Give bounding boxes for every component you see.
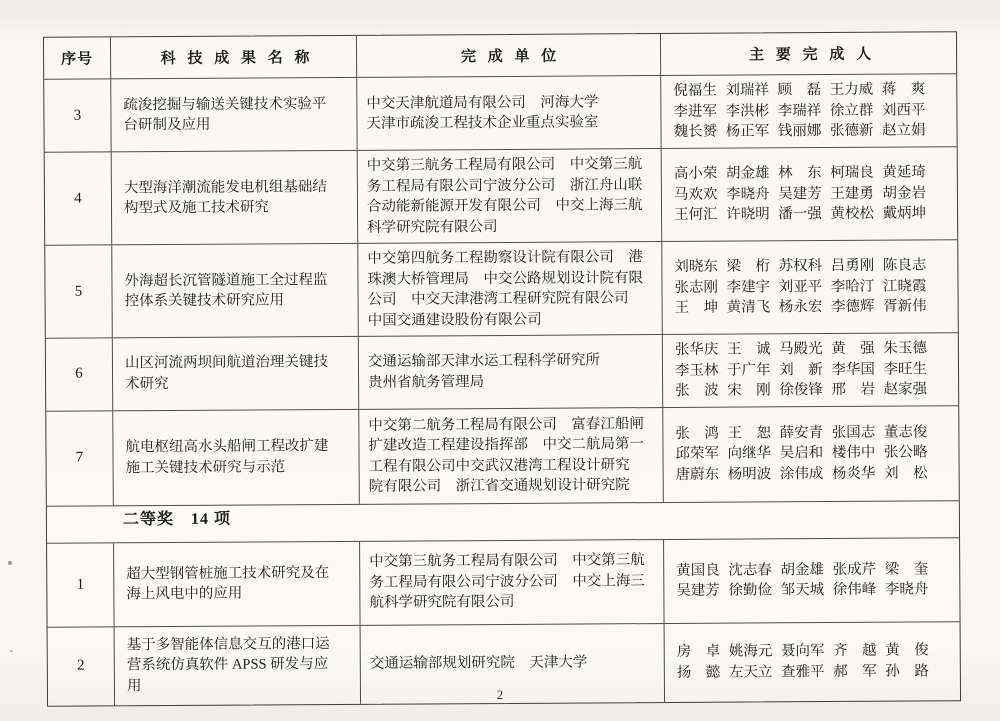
text-line: 中交天津航道局有限公司 河海大学 xyxy=(366,92,652,114)
achievement-name: 超大型钢管桩施工技术研究及在海上风电中的应用 xyxy=(114,541,361,626)
text-line: 工程有限公司中交武汉港湾工程设计研究 xyxy=(369,455,655,477)
text-line: 基于多智能体信息交互的港口运 xyxy=(127,634,352,656)
awards-table-wrap: 序号 科 技 成 果 名 称 完 成 单 位 主 要 完 成 人 3 疏浚挖掘与… xyxy=(43,31,961,706)
table-row: 6 山区河流两坝间航道治理关键技术研究 交通运输部天津水运工程科学研究所贵州省航… xyxy=(46,333,958,411)
table-row: 7 航电枢纽高水头船闸工程改扩建施工关键技术研究与示范 中交第二航务工程局有限公… xyxy=(46,406,959,507)
table-body: 3 疏浚挖掘与输送关键技术实验平台研制及应用 中交天津航道局有限公司 河海大学天… xyxy=(44,74,960,705)
scan-speck xyxy=(8,561,12,565)
text-line: 中交第四航务工程勘察设计院有限公司 港 xyxy=(367,247,653,269)
text-line: 控体系关键技术研究应用 xyxy=(125,290,350,312)
text-line: 超大型钢管桩施工技术研究及在 xyxy=(126,562,351,584)
text-line: 施工关键技术研究与示范 xyxy=(126,456,351,478)
text-line: 唐蔚东 杨明波 涂伟成 杨炎华 刘 松 xyxy=(676,463,951,485)
table-header-row: 序号 科 技 成 果 名 称 完 成 单 位 主 要 完 成 人 xyxy=(44,32,956,80)
text-line: 构型式及施工技术研究 xyxy=(124,197,349,219)
text-line: 李进军 李洪彬 李瑞祥 徐立群 刘西平 xyxy=(673,100,948,122)
text-line: 疏浚挖掘与输送关键技术实验平 xyxy=(123,93,348,115)
achievement-name: 航电枢纽高水头船闸工程改扩建施工关键技术研究与示范 xyxy=(113,409,360,505)
row-number: 3 xyxy=(44,79,111,151)
header-completing-unit: 完 成 单 位 xyxy=(357,34,661,77)
text-line: 马欢欢 李晓舟 吴建芳 王建勇 胡金岩 xyxy=(674,183,949,205)
text-line: 中国交通建设股份有限公司 xyxy=(368,309,654,331)
text-line: 刘晓东 梁 桁 苏权科 吕勇刚 陈良志 xyxy=(674,256,949,278)
main-contributors: 刘晓东 梁 桁 苏权科 吕勇刚 陈良志张志刚 李建宇 刘亚平 李哈汀 江晓霞王 … xyxy=(662,240,958,334)
completing-units: 交通运输部天津水运工程科学研究所贵州省航务管理局 xyxy=(359,335,663,408)
row-number: 7 xyxy=(46,411,114,505)
text-line: 合动能新能源开发有限公司 中交上海三航 xyxy=(367,195,653,217)
text-line: 营系统仿真软件 APSS 研发与应 xyxy=(127,654,352,676)
text-line: 天津市疏浚工程技术企业重点实验室 xyxy=(366,112,652,134)
text-line: 海上风电中的应用 xyxy=(126,583,351,605)
text-line: 张华庆 王 诚 马殿光 黄 强 朱玉德 xyxy=(675,338,950,360)
text-line: 房 卓 姚海元 聂向军 齐 越 黄 俊 xyxy=(677,640,952,662)
row-number: 1 xyxy=(47,543,115,626)
main-contributors: 倪福生 刘瑞祥 顾 磊 王力威 蒋 爽李进军 李洪彬 李瑞祥 徐立群 刘西平魏长… xyxy=(661,74,956,148)
text-line: 航科学研究院有限公司 xyxy=(369,591,655,613)
completing-units: 中交天津航道局有限公司 河海大学天津市疏浚工程技术企业重点实验室 xyxy=(357,76,661,150)
text-line: 大型海洋潮流能发电机组基础结 xyxy=(124,176,349,198)
main-contributors: 张 鸿 王 恕 薛安青 张国志 董志俊邱荣军 向继华 吴启和 楼伟中 张公略唐蔚… xyxy=(663,406,959,502)
text-line: 魏长赟 杨正军 钱丽娜 张德新 赵立娟 xyxy=(673,121,948,143)
text-line: 张志刚 李建宇 刘亚平 李哈汀 江晓霞 xyxy=(674,276,949,298)
section-title: 二等奖 14 项 xyxy=(47,501,959,530)
text-line: 高小荣 胡金雄 林 东 柯瑞良 黄延琦 xyxy=(674,163,949,185)
text-line: 珠澳大桥管理局 中交公路规划设计院有限 xyxy=(367,268,653,290)
header-achievement-name: 科 技 成 果 名 称 xyxy=(111,36,357,79)
text-line: 中交第三航务工程局有限公司 中交第三航 xyxy=(367,154,653,176)
completing-units: 中交第三航务工程局有限公司 中交第三航务工程局有限公司宁波分公司 中交上海三航科… xyxy=(360,540,665,625)
achievement-name: 外海超长沉管隧道施工全过程监控体系关键技术研究应用 xyxy=(112,244,359,338)
main-contributors: 高小荣 胡金雄 林 东 柯瑞良 黄延琦马欢欢 李晓舟 吴建芳 王建勇 胡金岩王何… xyxy=(662,147,958,241)
text-line: 贵州省航务管理局 xyxy=(368,371,654,393)
header-serial-number: 序号 xyxy=(44,37,111,78)
main-contributors: 张华庆 王 诚 马殿光 黄 强 朱玉德李玉林 于广年 刘 新 李华国 李旺生张 … xyxy=(663,333,958,406)
table-row: 4 大型海洋潮流能发电机组基础结构型式及施工技术研究 中交第三航务工程局有限公司… xyxy=(45,147,958,246)
text-line: 张 鸿 王 恕 薛安青 张国志 董志俊 xyxy=(675,422,950,444)
text-line: 张 波 宋 刚 徐俊锋 邢 岩 赵家强 xyxy=(675,379,950,401)
text-line: 外海超长沉管隧道施工全过程监 xyxy=(124,269,349,291)
page-number: 2 xyxy=(0,688,1000,703)
section-header-row: 二等奖 14 项 xyxy=(47,501,959,544)
scan-speck xyxy=(10,650,13,652)
text-line: 台研制及应用 xyxy=(123,114,348,136)
achievement-name: 山区河流两坝间航道治理关键技术研究 xyxy=(113,337,359,410)
text-line: 王 坤 黄清飞 杨永宏 李德辉 胥新伟 xyxy=(675,297,950,319)
scanned-page: 序号 科 技 成 果 名 称 完 成 单 位 主 要 完 成 人 3 疏浚挖掘与… xyxy=(0,0,1000,721)
main-contributors: 黄国良 沈志春 胡金雄 张成芹 梁 奎吴建芳 徐勤俭 邹天城 徐伟峰 李晓舟 xyxy=(664,538,960,623)
completing-units: 中交第四航务工程勘察设计院有限公司 港珠澳大桥管理局 中交公路规划设计院有限公司… xyxy=(358,242,663,336)
text-line: 扬 懿 左天立 查雅平 郝 军 孙 路 xyxy=(677,661,952,683)
text-line: 黄国良 沈志春 胡金雄 张成芹 梁 奎 xyxy=(676,559,951,581)
row-number: 6 xyxy=(46,338,113,410)
table-row: 3 疏浚挖掘与输送关键技术实验平台研制及应用 中交天津航道局有限公司 河海大学天… xyxy=(44,74,956,153)
text-line: 术研究 xyxy=(125,373,350,395)
achievement-name: 疏浚挖掘与输送关键技术实验平台研制及应用 xyxy=(111,78,357,152)
awards-table: 序号 科 技 成 果 名 称 完 成 单 位 主 要 完 成 人 3 疏浚挖掘与… xyxy=(43,31,961,706)
completing-units: 中交第三航务工程局有限公司 中交第三航务工程局有限公司宁波分公司 浙江舟山联合动… xyxy=(358,149,663,243)
text-line: 中交第三航务工程局有限公司 中交第三航 xyxy=(369,550,655,572)
row-number: 5 xyxy=(45,245,113,337)
table-row: 1 超大型钢管桩施工技术研究及在海上风电中的应用 中交第三航务工程局有限公司 中… xyxy=(47,538,959,628)
text-line: 务工程局有限公司宁波分公司 浙江舟山联 xyxy=(367,175,653,197)
text-line: 公司 中交天津港湾工程研究院有限公司 xyxy=(368,288,654,310)
text-line: 交通运输部规划研究院 天津大学 xyxy=(370,652,656,674)
header-main-contributors: 主 要 完 成 人 xyxy=(661,32,956,75)
table-row: 5 外海超长沉管隧道施工全过程监控体系关键技术研究应用 中交第四航务工程勘察设计… xyxy=(45,240,958,339)
text-line: 李玉林 于广年 刘 新 李华国 李旺生 xyxy=(675,359,950,381)
text-line: 航电枢纽高水头船闸工程改扩建 xyxy=(125,436,350,458)
text-line: 务工程局有限公司宁波分公司 中交上海三 xyxy=(369,571,655,593)
text-line: 院有限公司 浙江省交通规划设计研究院 xyxy=(369,475,655,497)
text-line: 科学研究院有限公司 xyxy=(367,216,653,238)
text-line: 王何汇 许晓明 潘一强 黄校松 戴炳坤 xyxy=(674,204,949,226)
text-line: 倪福生 刘瑞祥 顾 磊 王力威 蒋 爽 xyxy=(673,80,948,102)
text-line: 吴建芳 徐勤俭 邹天城 徐伟峰 李晓舟 xyxy=(676,579,951,601)
text-line: 邱荣军 向继华 吴启和 楼伟中 张公略 xyxy=(675,443,950,465)
text-line: 交通运输部天津水运工程科学研究所 xyxy=(368,350,654,372)
achievement-name: 大型海洋潮流能发电机组基础结构型式及施工技术研究 xyxy=(112,151,359,245)
row-number: 4 xyxy=(45,152,113,244)
text-line: 中交第二航务工程局有限公司 富春江船闸 xyxy=(368,414,654,436)
completing-units: 中交第二航务工程局有限公司 富春江船闸扩建改造工程建设指挥部 中交二航局第一工程… xyxy=(359,408,664,504)
text-line: 扩建改造工程建设指挥部 中交二航局第一 xyxy=(368,434,654,456)
text-line: 山区河流两坝间航道治理关键技 xyxy=(125,352,350,374)
